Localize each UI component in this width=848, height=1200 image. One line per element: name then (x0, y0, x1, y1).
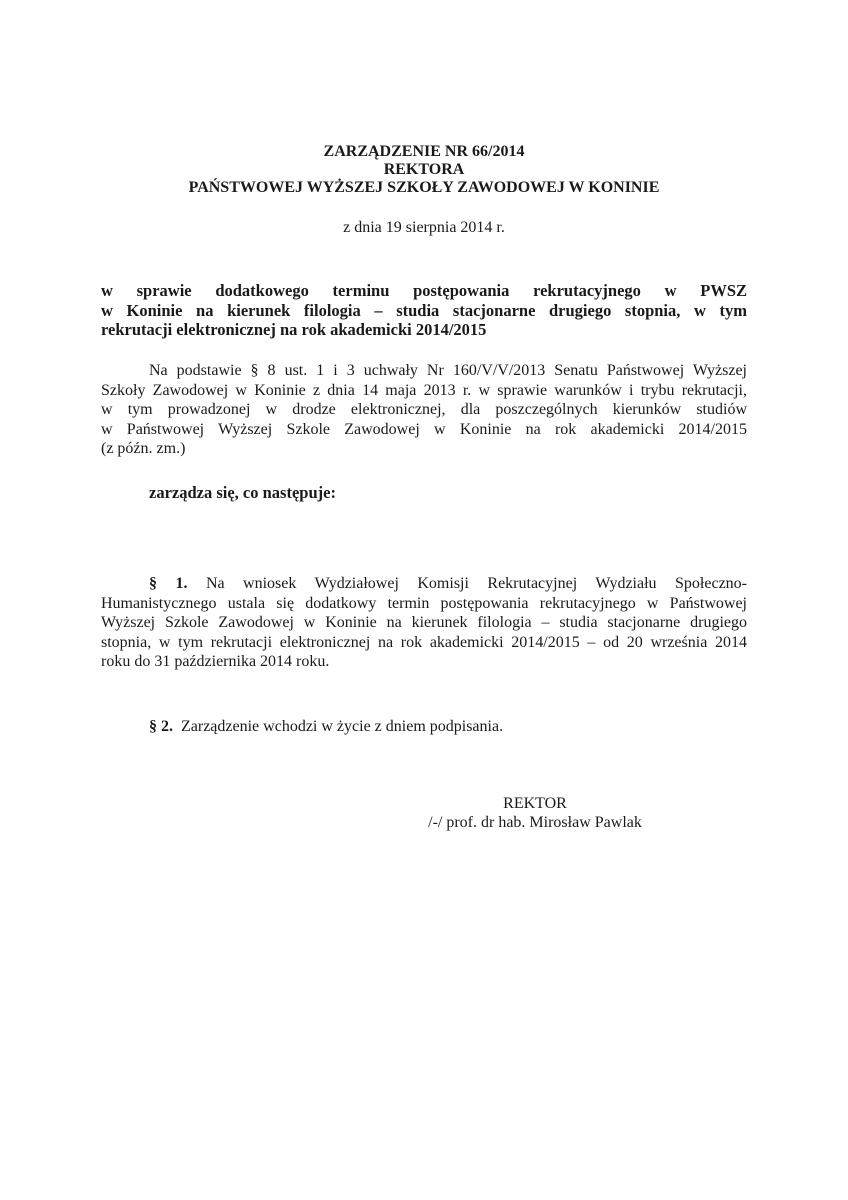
legal-basis-line: (z późn. zm.) (101, 439, 747, 459)
subject-line: w sprawie dodatkowego terminu postępowan… (101, 281, 747, 301)
signature-title: REKTOR (415, 794, 655, 813)
section-1-label: § 1. (149, 575, 187, 592)
legal-basis-line: w tym prowadzonej w drodze elektroniczne… (101, 400, 747, 420)
section-1: § 1. Na wniosek Wydziałowej Komisji Rekr… (101, 574, 747, 672)
document-subject: w sprawie dodatkowego terminu postępowan… (101, 281, 747, 340)
section-2: § 2. Zarządzenie wchodzi w życie z dniem… (149, 717, 503, 736)
section-2-text: Zarządzenie wchodzi w życie z dniem podp… (181, 718, 503, 735)
section-1-line: Humanistycznego ustala się dodatkowy ter… (101, 594, 747, 614)
signature-block: REKTOR /-/ prof. dr hab. Mirosław Pawlak (415, 794, 655, 832)
document-page: ZARZĄDZENIE NR 66/2014 REKTORA PAŃSTWOWE… (0, 0, 848, 1200)
document-date: z dnia 19 sierpnia 2014 r. (101, 219, 747, 237)
section-1-line: roku do 31 października 2014 roku. (101, 652, 747, 672)
document-title: ZARZĄDZENIE NR 66/2014 REKTORA PAŃSTWOWE… (101, 143, 747, 197)
subject-line: w Koninie na kierunek filologia – studia… (101, 301, 747, 321)
section-1-line: stopnia, w tym rekrutacji elektronicznej… (101, 633, 747, 653)
subject-line: rekrutacji elektronicznej na rok akademi… (101, 320, 747, 340)
section-1-first-line: § 1. Na wniosek Wydziałowej Komisji Rekr… (101, 574, 747, 594)
legal-basis-line: Na podstawie § 8 ust. 1 i 3 uchwały Nr 1… (101, 361, 747, 381)
section-1-line: Na wniosek Wydziałowej Komisji Rekrutacy… (206, 575, 747, 592)
decree-intro: zarządza się, co następuje: (149, 483, 336, 502)
title-line-rector: REKTORA (101, 161, 747, 179)
legal-basis-paragraph: Na podstawie § 8 ust. 1 i 3 uchwały Nr 1… (101, 361, 747, 459)
section-2-label: § 2. (149, 718, 173, 735)
legal-basis-line: w Państwowej Wyższej Szkole Zawodowej w … (101, 420, 747, 440)
signature-name: /-/ prof. dr hab. Mirosław Pawlak (415, 813, 655, 832)
section-1-line: Wyższej Szkole Zawodowej w Koninie na ki… (101, 613, 747, 633)
legal-basis-line: Szkoły Zawodowej w Koninie z dnia 14 maj… (101, 381, 747, 401)
title-line-decree-number: ZARZĄDZENIE NR 66/2014 (101, 143, 747, 161)
title-line-institution: PAŃSTWOWEJ WYŻSZEJ SZKOŁY ZAWODOWEJ W KO… (101, 179, 747, 197)
